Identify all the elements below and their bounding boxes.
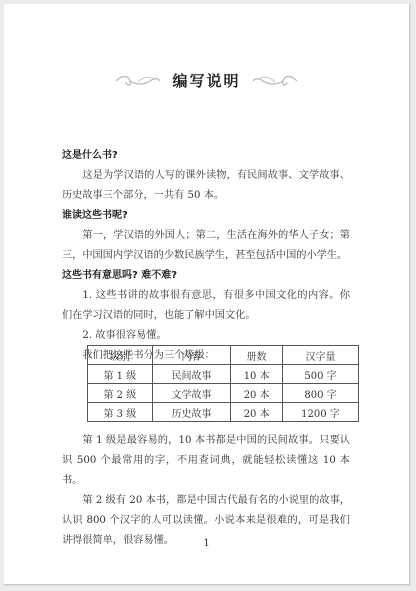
table-cell: 第 3 级 [88,403,153,422]
page-title: 编写说明 [172,70,240,91]
table-header: 内容 [152,346,231,365]
paragraph: 第一，学汉语的外国人；第二，生活在海外的华人子女；第三，中国国内学汉语的少数民族… [62,226,350,266]
document-page: 编写说明 这是什么书? 这是为学汉语的人写的课外读物，有民间故事、文学故事、历史… [4,4,410,585]
section-heading: 谁读这些书呢? [62,206,350,226]
table-row: 第 3 级 历史故事 20 本 1200 字 [88,403,359,422]
body-content: 这是什么书? 这是为学汉语的人写的课外读物，有民间故事、文学故事、历史故事三个部… [62,146,350,366]
left-flourish-icon [114,73,162,89]
table-row: 第 2 级 文学故事 20 本 800 字 [88,384,359,403]
paragraph: 这是为学汉语的人写的课外读物，有民间故事、文学故事、历史故事三个部分，一共有 5… [62,166,350,206]
table-cell: 20 本 [231,403,283,422]
table-header: 册数 [231,346,283,365]
levels-table: 级别 内容 册数 汉字量 第 1 级 民间故事 10 本 500 字 第 2 级… [87,345,359,422]
table-cell: 第 2 级 [88,384,153,403]
table-cell: 历史故事 [152,403,231,422]
paragraph: 第 1 级是最容易的，10 本书都是中国的民间故事。只要认识 500 个最常用的… [62,431,350,491]
table-row: 第 1 级 民间故事 10 本 500 字 [88,365,359,384]
table-cell: 500 字 [282,365,358,384]
table-header-row: 级别 内容 册数 汉字量 [88,346,359,365]
section-heading: 这是什么书? [62,146,350,166]
after-table-content: 第 1 级是最容易的，10 本书都是中国的民间故事。只要认识 500 个最常用的… [62,431,350,551]
page-number: 1 [4,538,409,549]
table-cell: 10 本 [231,365,283,384]
table-cell: 民间故事 [152,365,231,384]
paragraph: 2. 故事很容易懂。 [62,326,350,346]
table-cell: 1200 字 [282,403,358,422]
section-heading: 这些书有意思吗? 难不难? [62,266,350,286]
table-header: 汉字量 [282,346,358,365]
table-cell: 20 本 [231,384,283,403]
paragraph: 1. 这些书讲的故事很有意思，有很多中国文化的内容。你们在学习汉语的同时，也能了… [62,286,350,326]
table-header: 级别 [88,346,153,365]
table-cell: 800 字 [282,384,358,403]
title-block: 编写说明 [4,70,409,91]
right-flourish-icon [251,73,299,89]
table-cell: 第 1 级 [88,365,153,384]
table-cell: 文学故事 [152,384,231,403]
